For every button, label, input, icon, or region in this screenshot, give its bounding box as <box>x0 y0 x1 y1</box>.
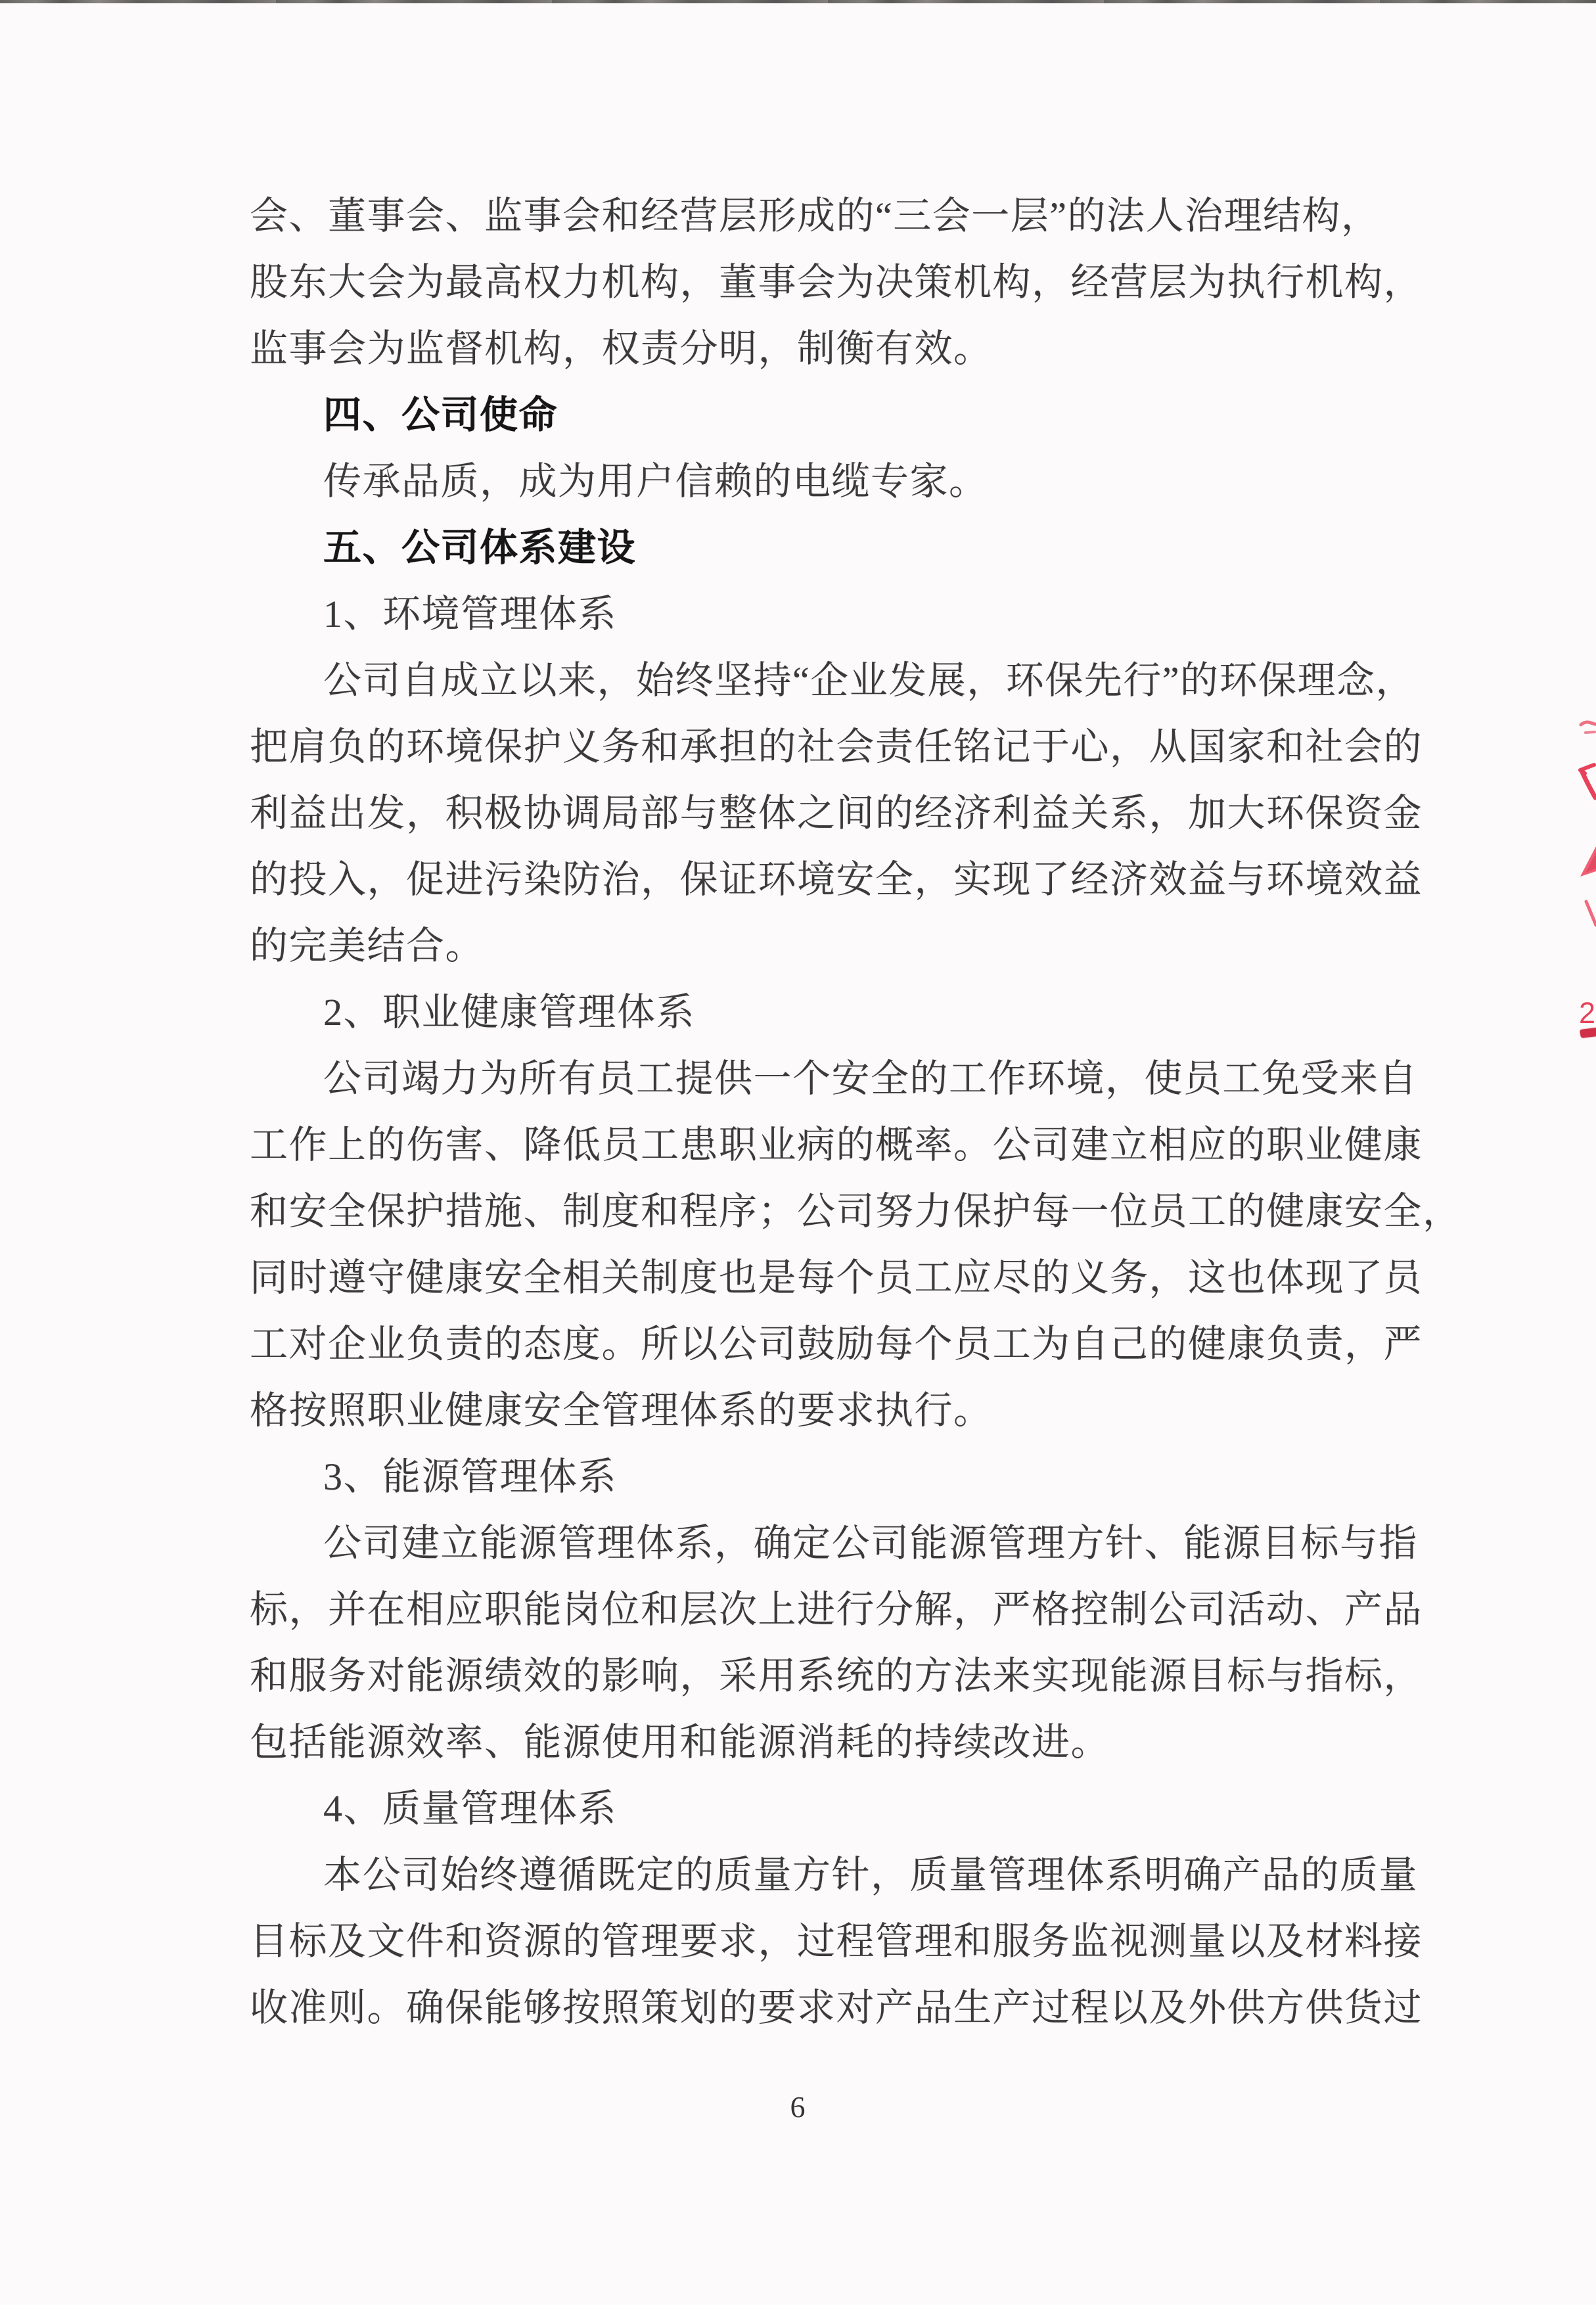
text-line: 利益出发，积极协调局部与整体之间的经济利益关系，加大环保资金 <box>250 780 1354 846</box>
section-heading-4: 四、公司使命 <box>250 382 1354 448</box>
text-line: 工作上的伤害、降低员工患职业病的概率。公司建立相应的职业健康 <box>250 1112 1354 1178</box>
stamp-star-fragment-icon <box>1576 836 1596 928</box>
text-line: 格按照职业健康安全管理体系的要求执行。 <box>250 1377 1354 1444</box>
text-line: 本公司始终遵循既定的质量方针，质量管理体系明确产品的质量 <box>250 1842 1354 1908</box>
subsection-title: 3、能源管理体系 <box>250 1444 1354 1510</box>
text-line: 和安全保护措施、制度和程序；公司努力保护每一位员工的健康安全， <box>250 1178 1354 1244</box>
subsection-title: 1、环境管理体系 <box>250 581 1354 647</box>
text-line: 的投入，促进污染防治，保证环境安全，实现了经济效益与环境效益 <box>250 846 1354 913</box>
text-line: 传承品质，成为用户信赖的电缆专家。 <box>250 448 1354 514</box>
document-body: 会、董事会、监事会和经营层形成的“三会一层”的法人治理结构， 股东大会为最高权力… <box>250 183 1354 2041</box>
text-line: 股东大会为最高权力机构，董事会为决策机构，经营层为执行机构， <box>250 249 1354 315</box>
text-line: 标，并在相应职能岗位和层次上进行分解，严格控制公司活动、产品 <box>250 1576 1354 1643</box>
page-number: 6 <box>0 2089 1596 2124</box>
document-page: 会、董事会、监事会和经营层形成的“三会一层”的法人治理结构， 股东大会为最高权力… <box>0 0 1596 2305</box>
stamp-number-fragment: 2 <box>1578 1000 1596 1043</box>
text-line: 把肩负的环境保护义务和承担的社会责任铭记于心，从国家和社会的 <box>250 714 1354 780</box>
text-line: 和服务对能源绩效的影响，采用系统的方法来实现能源目标与指标， <box>250 1643 1354 1709</box>
text-line: 监事会为监督机构，权责分明，制衡有效。 <box>250 315 1354 382</box>
text-line: 同时遵守健康安全相关制度也是每个员工应尽的义务，这也体现了员 <box>250 1244 1354 1311</box>
text-line: 包括能源效率、能源使用和能源消耗的持续改进。 <box>250 1709 1354 1775</box>
text-line: 目标及文件和资源的管理要求，过程管理和服务监视测量以及材料接 <box>250 1908 1354 1974</box>
stamp-digit: 2 <box>1578 1000 1596 1026</box>
text-line: 的完美结合。 <box>250 913 1354 979</box>
text-line: 公司建立能源管理体系，确定公司能源管理方针、能源目标与指 <box>250 1510 1354 1576</box>
scan-edge-artifact <box>0 0 1596 3</box>
text-line: 会、董事会、监事会和经营层形成的“三会一层”的法人治理结构， <box>250 183 1354 249</box>
subsection-title: 4、质量管理体系 <box>250 1775 1354 1842</box>
text-line: 工对企业负责的态度。所以公司鼓励每个员工为自己的健康负责，严 <box>250 1311 1354 1377</box>
stamp-text-fragment-icon <box>1579 719 1596 740</box>
subsection-title: 2、职业健康管理体系 <box>250 979 1354 1045</box>
section-heading-5: 五、公司体系建设 <box>250 514 1354 581</box>
text-line: 收准则。确保能够按照策划的要求对产品生产过程以及外供方供货过 <box>250 1974 1354 2041</box>
text-line: 公司自成立以来，始终坚持“企业发展，环保先行”的环保理念， <box>250 647 1354 714</box>
text-line: 公司竭力为所有员工提供一个安全的工作环境，使员工免受来自 <box>250 1045 1354 1112</box>
stamp-hook-mark-icon <box>1574 761 1596 802</box>
